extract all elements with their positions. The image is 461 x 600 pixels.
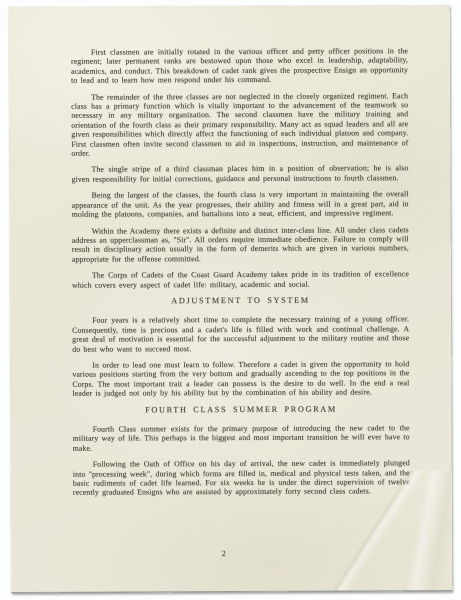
page-content: First classmen are initially rotated in … (71, 46, 410, 504)
paragraph: First classmen are initially rotated in … (71, 46, 408, 85)
paragraph: The single stripe of a third classman pl… (71, 164, 408, 184)
paragraph: The remainder of the three classes are n… (71, 91, 408, 158)
paragraph: Four years is a relatively short time to… (72, 315, 409, 354)
paragraph: Being the largest of the classes, the fo… (72, 190, 409, 220)
document-page: First classmen are initially rotated in … (9, 5, 453, 593)
paragraph: Within the Academy there exists a defini… (72, 225, 409, 264)
paragraph: Following the Oath of Office on his day … (73, 458, 410, 497)
section-heading-adjustment-to-system: ADJUSTMENT TO SYSTEM (72, 295, 409, 306)
section-heading-fourth-class-summer-program: FOURTH CLASS SUMMER PROGRAM (72, 404, 409, 415)
page-number: 2 (11, 548, 436, 559)
paragraph: In order to lead one must learn to follo… (72, 359, 409, 398)
paragraph: Fourth Class summer exists for the prima… (73, 423, 410, 453)
paragraph: The Corps of Cadets of the Coast Guard A… (72, 269, 409, 289)
